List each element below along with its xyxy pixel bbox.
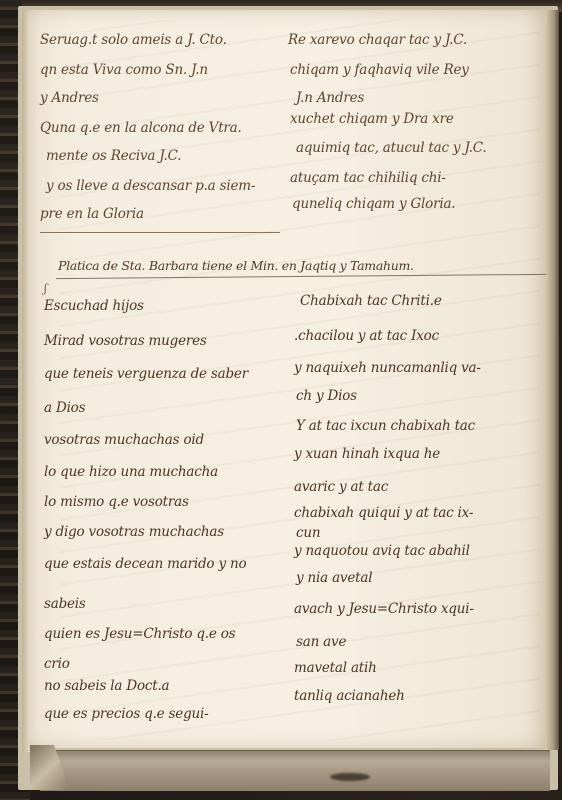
top-left-line: qn esta Viva como Sn. J.n xyxy=(40,64,208,78)
body-left-line: que teneis verguenza de saber xyxy=(44,368,248,382)
page-bottom-stain xyxy=(40,750,550,791)
body-right-line: y naquixeh nuncamanliq va- xyxy=(294,362,481,376)
body-left-line: Mirad vosotras mugeres xyxy=(44,335,207,349)
body-right-line: y xuan hinah ixqua he xyxy=(294,448,440,462)
body-left-line: que estais decean marido y no xyxy=(44,558,246,572)
body-right-line: .chacilou y at tac Ixoc xyxy=(294,330,439,344)
body-left-line: lo que hizo una muchacha xyxy=(44,466,218,480)
section-heading: Platica de Sta. Barbara tiene el Min. en… xyxy=(58,258,414,273)
top-left-line: y os lleve a descansar p.a siem- xyxy=(46,180,255,194)
top-right-line: Re xarevo chaqar tac y J.C. xyxy=(288,34,467,48)
body-left-line: sabeis xyxy=(44,598,86,612)
top-right-line: chiqam y faqhaviq vile Rey xyxy=(290,64,469,78)
body-left-line: a Dios xyxy=(44,402,85,416)
body-right-line: avach y Jesu=Christo xqui- xyxy=(294,603,474,617)
margin-mark: ʃ xyxy=(44,282,47,295)
top-right-line: aquimiq tac, atucul tac y J.C. xyxy=(296,142,486,156)
body-left-line: y digo vosotras muchachas xyxy=(44,526,224,540)
top-left-line: Seruag.t solo ameis a J. Cto. xyxy=(40,34,227,48)
body-left-line: que es precios q.e segui- xyxy=(44,708,208,722)
body-right-line: san ave xyxy=(296,636,346,650)
top-right-line: atuçam tac chihiliq chi- xyxy=(290,172,446,186)
body-left-line: crio xyxy=(44,658,70,672)
body-right-line: cun xyxy=(296,527,320,541)
body-right-line: y nia avetal xyxy=(296,572,372,586)
top-left-line: Quna q.e en la alcona de Vtra. xyxy=(40,122,242,136)
body-right-line: avaric y at tac xyxy=(294,481,388,495)
top-right-line: xuchet chiqam y Dra xre xyxy=(290,113,454,127)
body-left-line: vosotras muchachas oid xyxy=(44,434,204,448)
body-right-line: y naquotou aviq tac abahil xyxy=(294,545,470,559)
section-divider xyxy=(40,232,280,233)
body-left-line: lo mismo q.e vosotras xyxy=(44,496,189,510)
top-left-line: pre en la Gloria xyxy=(40,208,144,222)
top-right-line: quneliq chiqam y Gloria. xyxy=(292,198,455,212)
body-right-line: chabixah quiqui y at tac ix- xyxy=(294,507,473,521)
body-right-line: Y at tac ixcun chabixah tac xyxy=(296,420,475,434)
body-right-line: tanliq acianaheh xyxy=(294,690,405,704)
top-right-line: J.n Andres xyxy=(296,92,364,106)
body-left-line: quien es Jesu=Christo q.e os xyxy=(44,628,235,642)
body-left-line: no sabeis la Doct.a xyxy=(44,680,169,694)
top-left-line: mente os Reciva J.C. xyxy=(46,150,181,164)
body-right-line: ch y Dios xyxy=(296,390,357,404)
body-left-line: Escuchad hijos xyxy=(44,300,144,314)
body-right-line: mavetal atih xyxy=(294,662,377,676)
top-left-line: y Andres xyxy=(40,92,99,106)
body-right-line: Chabixah tac Chriti.e xyxy=(300,295,442,309)
page-fore-edge xyxy=(545,10,559,750)
